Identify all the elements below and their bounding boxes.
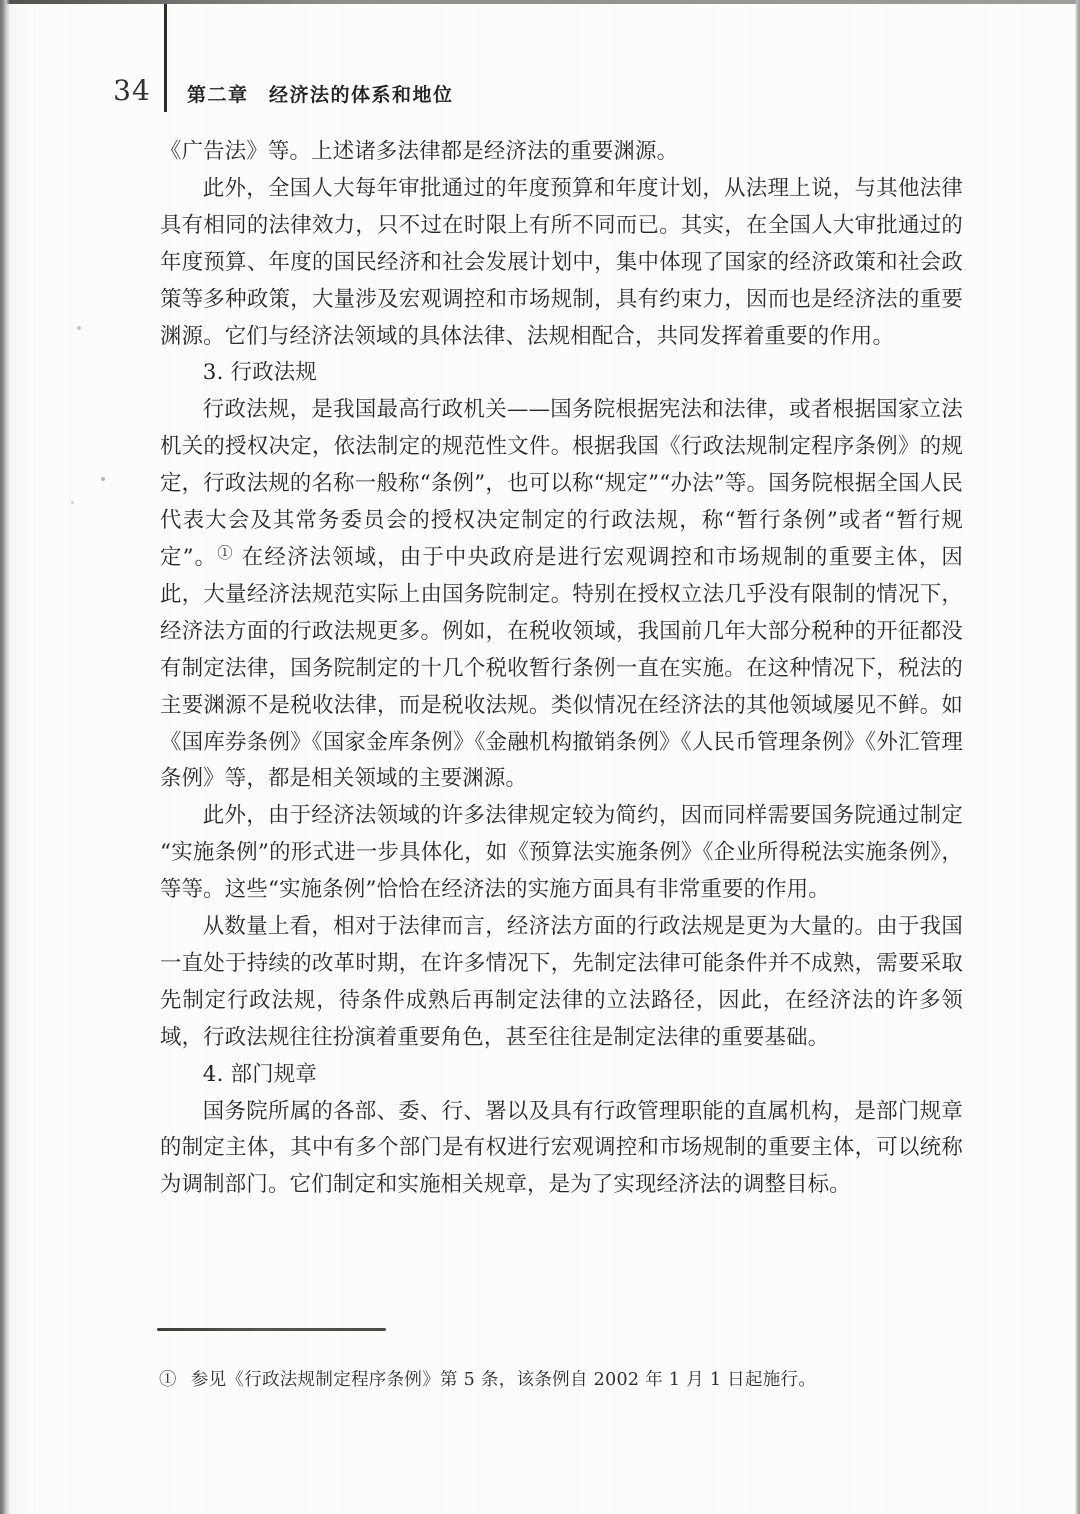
paragraph: 此外，全国人大每年审批通过的年度预算和年度计划，从法理上说，与其他法律具有相同的… xyxy=(160,171,963,356)
paragraph: 从数量上看，相对于法律而言，经济法方面的行政法规是更为大量的。由于我国一直处于持… xyxy=(160,909,963,1057)
paragraph: 国务院所属的各部、委、行、署以及具有行政管理职能的直属机构，是部门规章的制定主体… xyxy=(160,1094,963,1205)
scan-edge-left xyxy=(0,0,10,1514)
footnote-text: 参见《行政法规制定程序条例》第 5 条，该条例自 2002 年 1 月 1 日起… xyxy=(191,1370,816,1390)
book-page: 34 第二章 经济法的体系和地位 《广告法》等。上述诸多法律都是经济法的重要渊源… xyxy=(0,0,1080,1514)
paragraph: 此外，由于经济法领域的许多法律规定较为简约，因而同样需要国务院通过制定“实施条例… xyxy=(160,798,963,909)
footnote: ①参见《行政法规制定程序条例》第 5 条，该条例自 2002 年 1 月 1 日… xyxy=(159,1365,963,1395)
paragraph-text: 在经济法领域，由于中央政府是进行宏观调控和市场规制的重要主体，因此，大量经济法规… xyxy=(160,545,963,791)
body-text: 《广告法》等。上述诸多法律都是经济法的重要渊源。 此外，全国人大每年审批通过的年… xyxy=(160,134,963,1204)
scan-edge-top xyxy=(0,0,1080,4)
scan-speckle xyxy=(101,477,105,481)
footnote-marker: ① xyxy=(159,1370,177,1390)
header-divider-rule xyxy=(164,4,167,112)
footnote-ref-marker: ① xyxy=(217,544,234,562)
paragraph: 行政法规，是我国最高行政机关——国务院根据宪法和法律，或者根据国家立法机关的授权… xyxy=(160,392,963,798)
scan-speckle xyxy=(77,326,81,330)
scan-speckle xyxy=(71,501,74,504)
scan-edge-right xyxy=(1075,0,1080,1514)
page-number: 34 xyxy=(106,74,158,107)
section-heading-3: 3. 行政法规 xyxy=(160,355,963,392)
paragraph-continuation: 《广告法》等。上述诸多法律都是经济法的重要渊源。 xyxy=(160,134,963,171)
footnote-divider-rule xyxy=(157,1328,386,1331)
section-heading-4: 4. 部门规章 xyxy=(160,1057,963,1094)
chapter-title: 第二章 经济法的体系和地位 xyxy=(187,80,454,107)
